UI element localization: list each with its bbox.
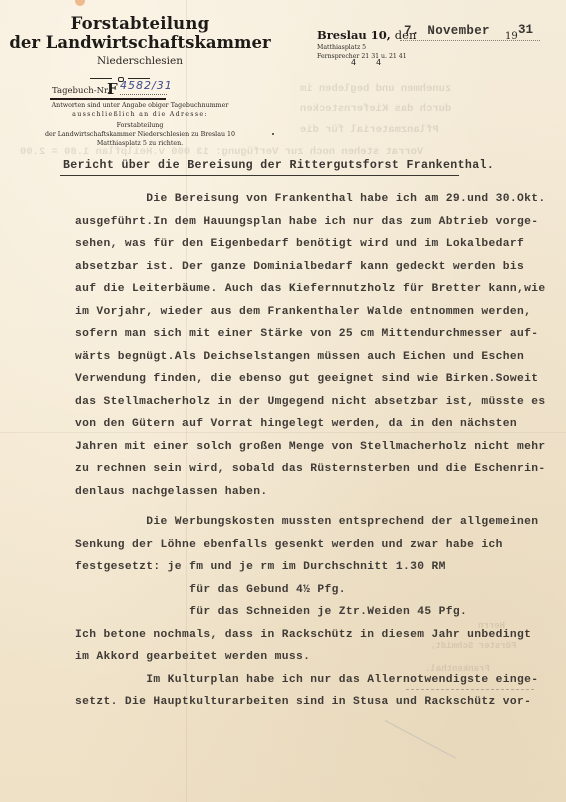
bleed-through-dashed-rule [406, 689, 534, 690]
tagebuch-prefix: F [107, 80, 118, 98]
body-line: zu rechnen sein wird, sobald das Rüstern… [75, 463, 546, 475]
phone-hand-mark: 4 [351, 58, 356, 67]
bleed-through-line: Frankenthal. [425, 664, 490, 674]
body-line: Senkung der Löhne ebenfalls gesenkt werd… [75, 539, 503, 551]
reply-note-line: der Landwirtschaftskammer Niederschlesie… [0, 130, 280, 139]
reply-instructions: Antworten sind unter Angabe obiger Tageb… [0, 101, 280, 148]
paper-fold-horizontal [0, 432, 566, 433]
place-name: Breslau 10, [317, 28, 391, 42]
org-region: Niederschlesien [0, 54, 280, 69]
tagebuch-dotted-line [120, 94, 167, 95]
body-line: wärts begnügt.Als Deichselstangen müssen… [75, 351, 524, 363]
phone-line: Fernsprecher 21 31 u. 21 41 [317, 52, 407, 61]
body-line: für das Schneiden je Ztr.Weiden 45 Pfg. [75, 606, 467, 618]
body-line: im Vorjahr, wieder aus dem Frankenthaler… [75, 306, 531, 318]
body-line: das Stellmacherholz in der Umgegend nich… [75, 396, 546, 408]
bleed-through-line: durch das Kiefernstecken [300, 103, 451, 115]
body-line: Ich betone nochmals, dass in Rackschütz … [75, 629, 531, 641]
body-line: auf die Leiterbäume. Auch das Kiefernnut… [75, 283, 546, 295]
body-line: denlaus nachgelassen haben. [75, 486, 268, 498]
body-line: sehen, was für den Eigenbedarf benötigt … [75, 238, 524, 250]
body-line: Jahren mit einer solch großen Menge von … [75, 441, 546, 453]
ink-dot [272, 133, 274, 135]
org-name-line2: der Landwirtschaftskammer [0, 33, 280, 53]
body-line: festgesetzt: je fm und je rm im Durchsch… [75, 561, 446, 573]
body-line: setzt. Die Hauptkulturarbeiten sind in S… [75, 696, 531, 708]
org-name-line1: Forstabteilung [0, 14, 280, 33]
body-line: von den Gütern auf Vorrat hingelegt werd… [75, 418, 517, 430]
document-title: Bericht über die Bereisung der Rittergut… [63, 159, 458, 172]
body-line: absetzbar ist. Der ganze Dominialbedarf … [75, 261, 524, 273]
body-line: ausgeführt.In dem Hauungsplan habe ich n… [75, 216, 538, 228]
date-dotted-line [400, 40, 540, 41]
address-line: Matthiasplatz 5 [317, 43, 407, 52]
letterhead: Forstabteilung der Landwirtschaftskammer… [0, 14, 280, 69]
body-line: im Akkord gearbeitet werden muss. [75, 651, 310, 663]
address-block: Matthiasplatz 5 Fernsprecher 21 31 u. 21… [317, 43, 407, 61]
title-underline [60, 175, 459, 176]
body-line: für das Gebund 4½ Pfg. [75, 584, 346, 596]
date-typed: 7. November [404, 24, 490, 38]
body-line: Verwendung finden, die ebenso gut geeign… [75, 373, 538, 385]
reply-note-line: Matthiasplatz 5 zu richten. [0, 139, 280, 148]
body-line: Im Kulturplan habe ich nur das Allernotw… [75, 674, 538, 686]
body-line: Die Werbungskosten mussten entsprechend … [75, 516, 538, 528]
reply-note-line: ausschließlich an die Adresse: [0, 110, 280, 119]
reply-note-line: Forstabteilung [0, 121, 280, 130]
phone-hand-mark: 4 [376, 58, 381, 67]
tagebuch-number-handwritten: 4582/31 [120, 79, 173, 92]
year-prefix: 19 [505, 31, 518, 42]
body-line: sofern man sich mit einer Stärke von 25 … [75, 328, 538, 340]
year-typed: 31 [518, 23, 533, 37]
bleed-through-line: Pflanzmaterial für die [300, 124, 439, 136]
body-line: Die Bereisung von Frankenthal habe ich a… [75, 193, 546, 205]
bleed-through-line: zunehmen und begleben im [300, 83, 451, 95]
bleed-through-line: Förster Schmidt, [430, 641, 516, 651]
reply-note-line: Antworten sind unter Angabe obiger Tageb… [0, 101, 280, 110]
tagebuch-rule [50, 98, 166, 100]
